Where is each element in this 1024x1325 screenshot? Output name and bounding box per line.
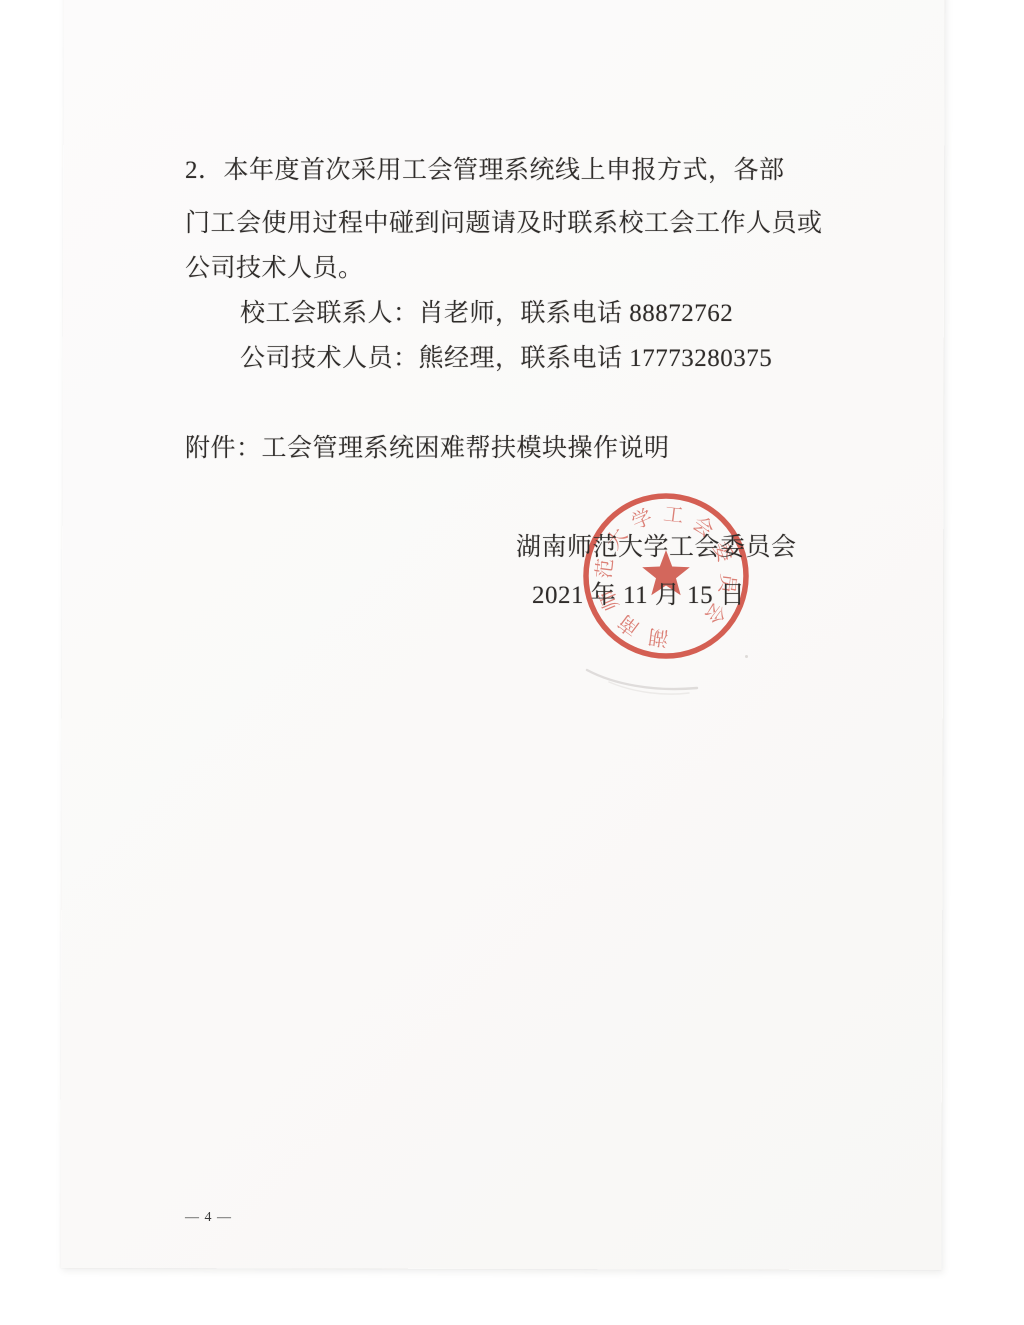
scan-speck xyxy=(745,655,748,658)
pencil-smudge xyxy=(575,660,725,710)
contact-school-union: 校工会联系人：肖老师，联系电话 88872762 xyxy=(240,299,733,329)
paragraph-line-1: 2．本年度首次采用工会管理系统线上申报方式，各部 xyxy=(185,156,785,186)
paragraph-line-3: 公司技术人员。 xyxy=(185,254,364,284)
official-seal-stamp: 湖南师范大学工会委员会 xyxy=(579,489,753,663)
seal-arc-char: 学 xyxy=(628,505,655,534)
seal-arc-char: 湖 xyxy=(647,624,670,649)
paragraph-line-2: 门工会使用过程中碰到问题请及时联系校工会工作人员或 xyxy=(185,209,823,239)
attachment-line: 附件：工会管理系统困难帮扶模块操作说明 xyxy=(185,434,670,464)
scanned-document: 湖南师范大学工会委员会 2．本年度首次采用工会管理系统线上申报方式，各部 门工会… xyxy=(0,0,1024,1325)
seal-arc-char: 工 xyxy=(662,503,685,527)
seal-arc-char: 南 xyxy=(614,610,644,640)
signature-organization: 湖南师范大学工会委员会 xyxy=(516,533,797,563)
contact-company-tech: 公司技术人员：熊经理，联系电话 17773280375 xyxy=(240,344,772,374)
document-page xyxy=(60,0,944,1270)
page-number: — 4 — xyxy=(185,1210,232,1226)
signature-date: 2021 年 11 月 15 日 xyxy=(532,581,745,611)
